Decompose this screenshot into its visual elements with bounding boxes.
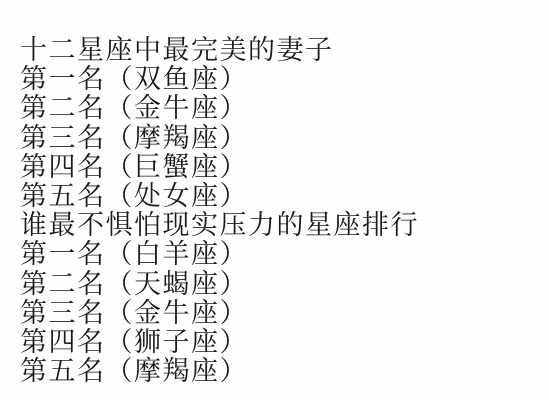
ranking-line: 第三名（摩羯座） <box>20 124 539 153</box>
ranking-line: 第二名（金牛座） <box>20 94 539 123</box>
ranking-line: 第二名（天蝎座） <box>20 270 539 299</box>
section-title-perfect-wives: 十二星座中最完美的妻子 <box>20 36 539 65</box>
ranking-line: 第五名（摩羯座） <box>20 357 539 386</box>
ranking-line: 第一名（白羊座） <box>20 240 539 269</box>
ranking-line: 第四名（狮子座） <box>20 328 539 357</box>
ranking-line: 第四名（巨蟹座） <box>20 153 539 182</box>
ranking-line: 第五名（处女座） <box>20 182 539 211</box>
ranking-line: 第一名（双鱼座） <box>20 65 539 94</box>
zodiac-text-image: 十二星座中最完美的妻子 第一名（双鱼座） 第二名（金牛座） 第三名（摩羯座） 第… <box>0 0 549 400</box>
ranking-line: 第三名（金牛座） <box>20 299 539 328</box>
section-title-pressure-resistant: 谁最不惧怕现实压力的星座排行 <box>20 211 539 240</box>
